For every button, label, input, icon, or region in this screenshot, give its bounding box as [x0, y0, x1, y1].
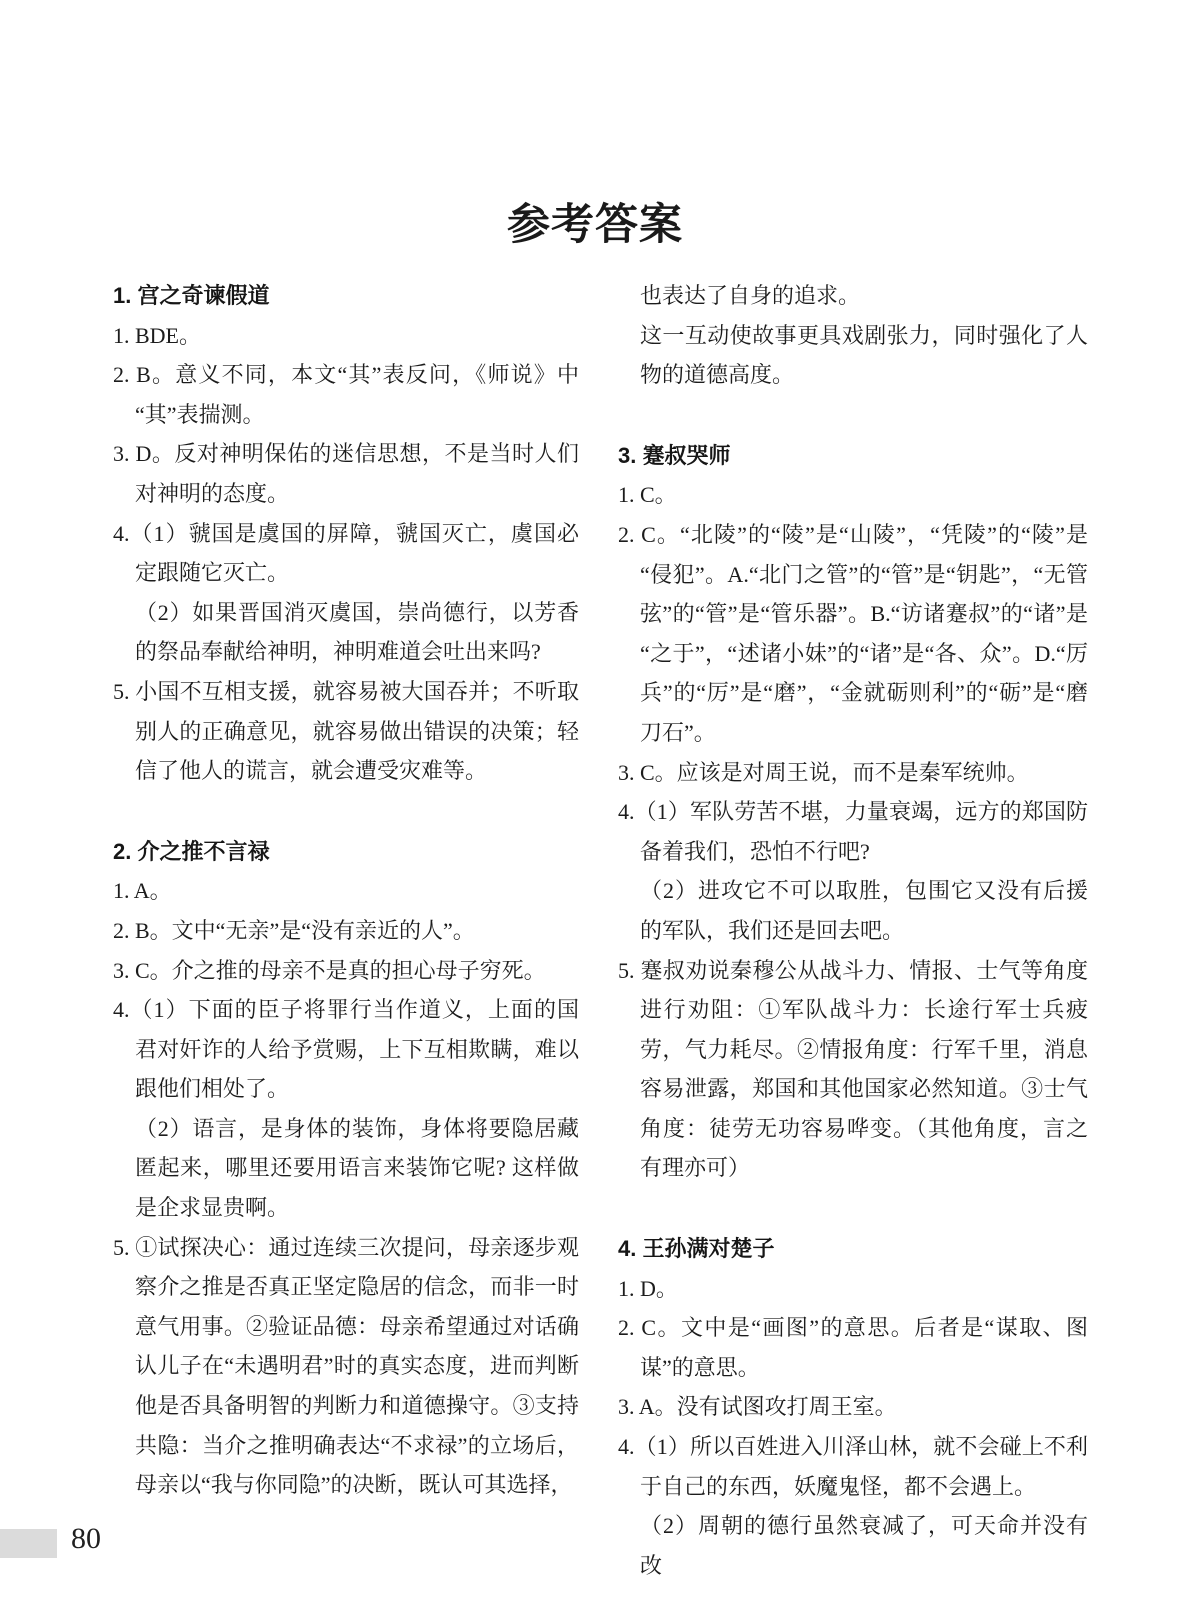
answer-item: 2. C。文中是“画图”的意思。后者是“谋取、图谋”的意思。: [618, 1308, 1088, 1387]
answer-item: 2. C。“北陵”的“陵”是“山陵”，“凭陵”的“陵”是“侵犯”。A.“北门之管…: [618, 515, 1088, 753]
section-heading: 2. 介之推不言禄: [113, 832, 579, 872]
answer-item: 4.（1）虢国是虞国的屏障，虢国灭亡，虞国必定跟随它灭亡。: [113, 514, 579, 593]
answer-item: 1. BDE。: [113, 316, 579, 356]
answer-subitem: （2）周朝的德行虽然衰减了，可天命并没有改: [618, 1506, 1088, 1585]
section-heading: 4. 王孙满对楚子: [618, 1229, 1088, 1269]
answer-item: 3. C。介之推的母亲不是真的担心母子穷死。: [113, 951, 579, 991]
answer-item: 5. 小国不互相支援，就容易被大国吞并；不听取别人的正确意见，就容易做出错误的决…: [113, 672, 579, 791]
answer-item: 5. ①试探决心：通过连续三次提问，母亲逐步观察介之推是否真正坚定隐居的信念，而…: [113, 1228, 579, 1505]
page-title: 参考答案: [0, 201, 1190, 250]
answer-item: 4.（1）下面的臣子将罪行当作道义，上面的国君对奸诈的人给予赏赐，上下互相欺瞒，…: [113, 990, 579, 1109]
answer-item: 3. D。反对神明保佑的迷信思想，不是当时人们对神明的态度。: [113, 434, 579, 513]
section-heading: 3. 蹇叔哭师: [618, 436, 1088, 476]
answer-item: 1. D。: [618, 1269, 1088, 1309]
right-column: 也表达了自身的追求。这一互动使故事更具戏剧张力，同时强化了人物的道德高度。3. …: [618, 276, 1088, 1585]
answer-subitem: （2）语言，是身体的装饰，身体将要隐居藏匿起来，哪里还要用语言来装饰它呢? 这样…: [113, 1109, 579, 1228]
page-number: 80: [71, 1521, 101, 1557]
answer-item: 3. C。应该是对周王说，而不是秦军统帅。: [618, 753, 1088, 793]
left-column: 1. 宫之奇谏假道1. BDE。2. B。意义不同，本文“其”表反问，《师说》中…: [113, 276, 579, 1505]
answer-subitem: （2）如果晋国消灭虞国，崇尚德行，以芳香的祭品奉献给神明，神明难道会吐出来吗?: [113, 593, 579, 672]
answer-item: 4.（1）所以百姓进入川泽山林，就不会碰上不利于自己的东西，妖魔鬼怪，都不会遇上…: [618, 1427, 1088, 1506]
answer-item: 5. 蹇叔劝说秦穆公从战斗力、情报、士气等角度进行劝阻：①军队战斗力：长途行军士…: [618, 951, 1088, 1189]
answer-item: 2. B。文中“无亲”是“没有亲近的人”。: [113, 911, 579, 951]
answer-item: 4.（1）军队劳苦不堪，力量衰竭，远方的郑国防备着我们，恐怕不行吧?: [618, 792, 1088, 871]
answer-continuation: 也表达了自身的追求。: [618, 276, 1088, 316]
footer-bar-decoration: [0, 1529, 57, 1558]
answer-subitem: （2）进攻它不可以取胜，包围它又没有后援的军队，我们还是回去吧。: [618, 871, 1088, 950]
answer-item: 3. A。没有试图攻打周王室。: [618, 1387, 1088, 1427]
answer-item: 1. C。: [618, 475, 1088, 515]
answer-item: 1. A。: [113, 871, 579, 911]
answer-item: 2. B。意义不同，本文“其”表反问，《师说》中“其”表揣测。: [113, 355, 579, 434]
answer-key-page: { "page": { "title": "参考答案", "page_numbe…: [0, 0, 1190, 1615]
answer-continuation: 这一互动使故事更具戏剧张力，同时强化了人物的道德高度。: [618, 316, 1088, 395]
section-heading: 1. 宫之奇谏假道: [113, 276, 579, 316]
